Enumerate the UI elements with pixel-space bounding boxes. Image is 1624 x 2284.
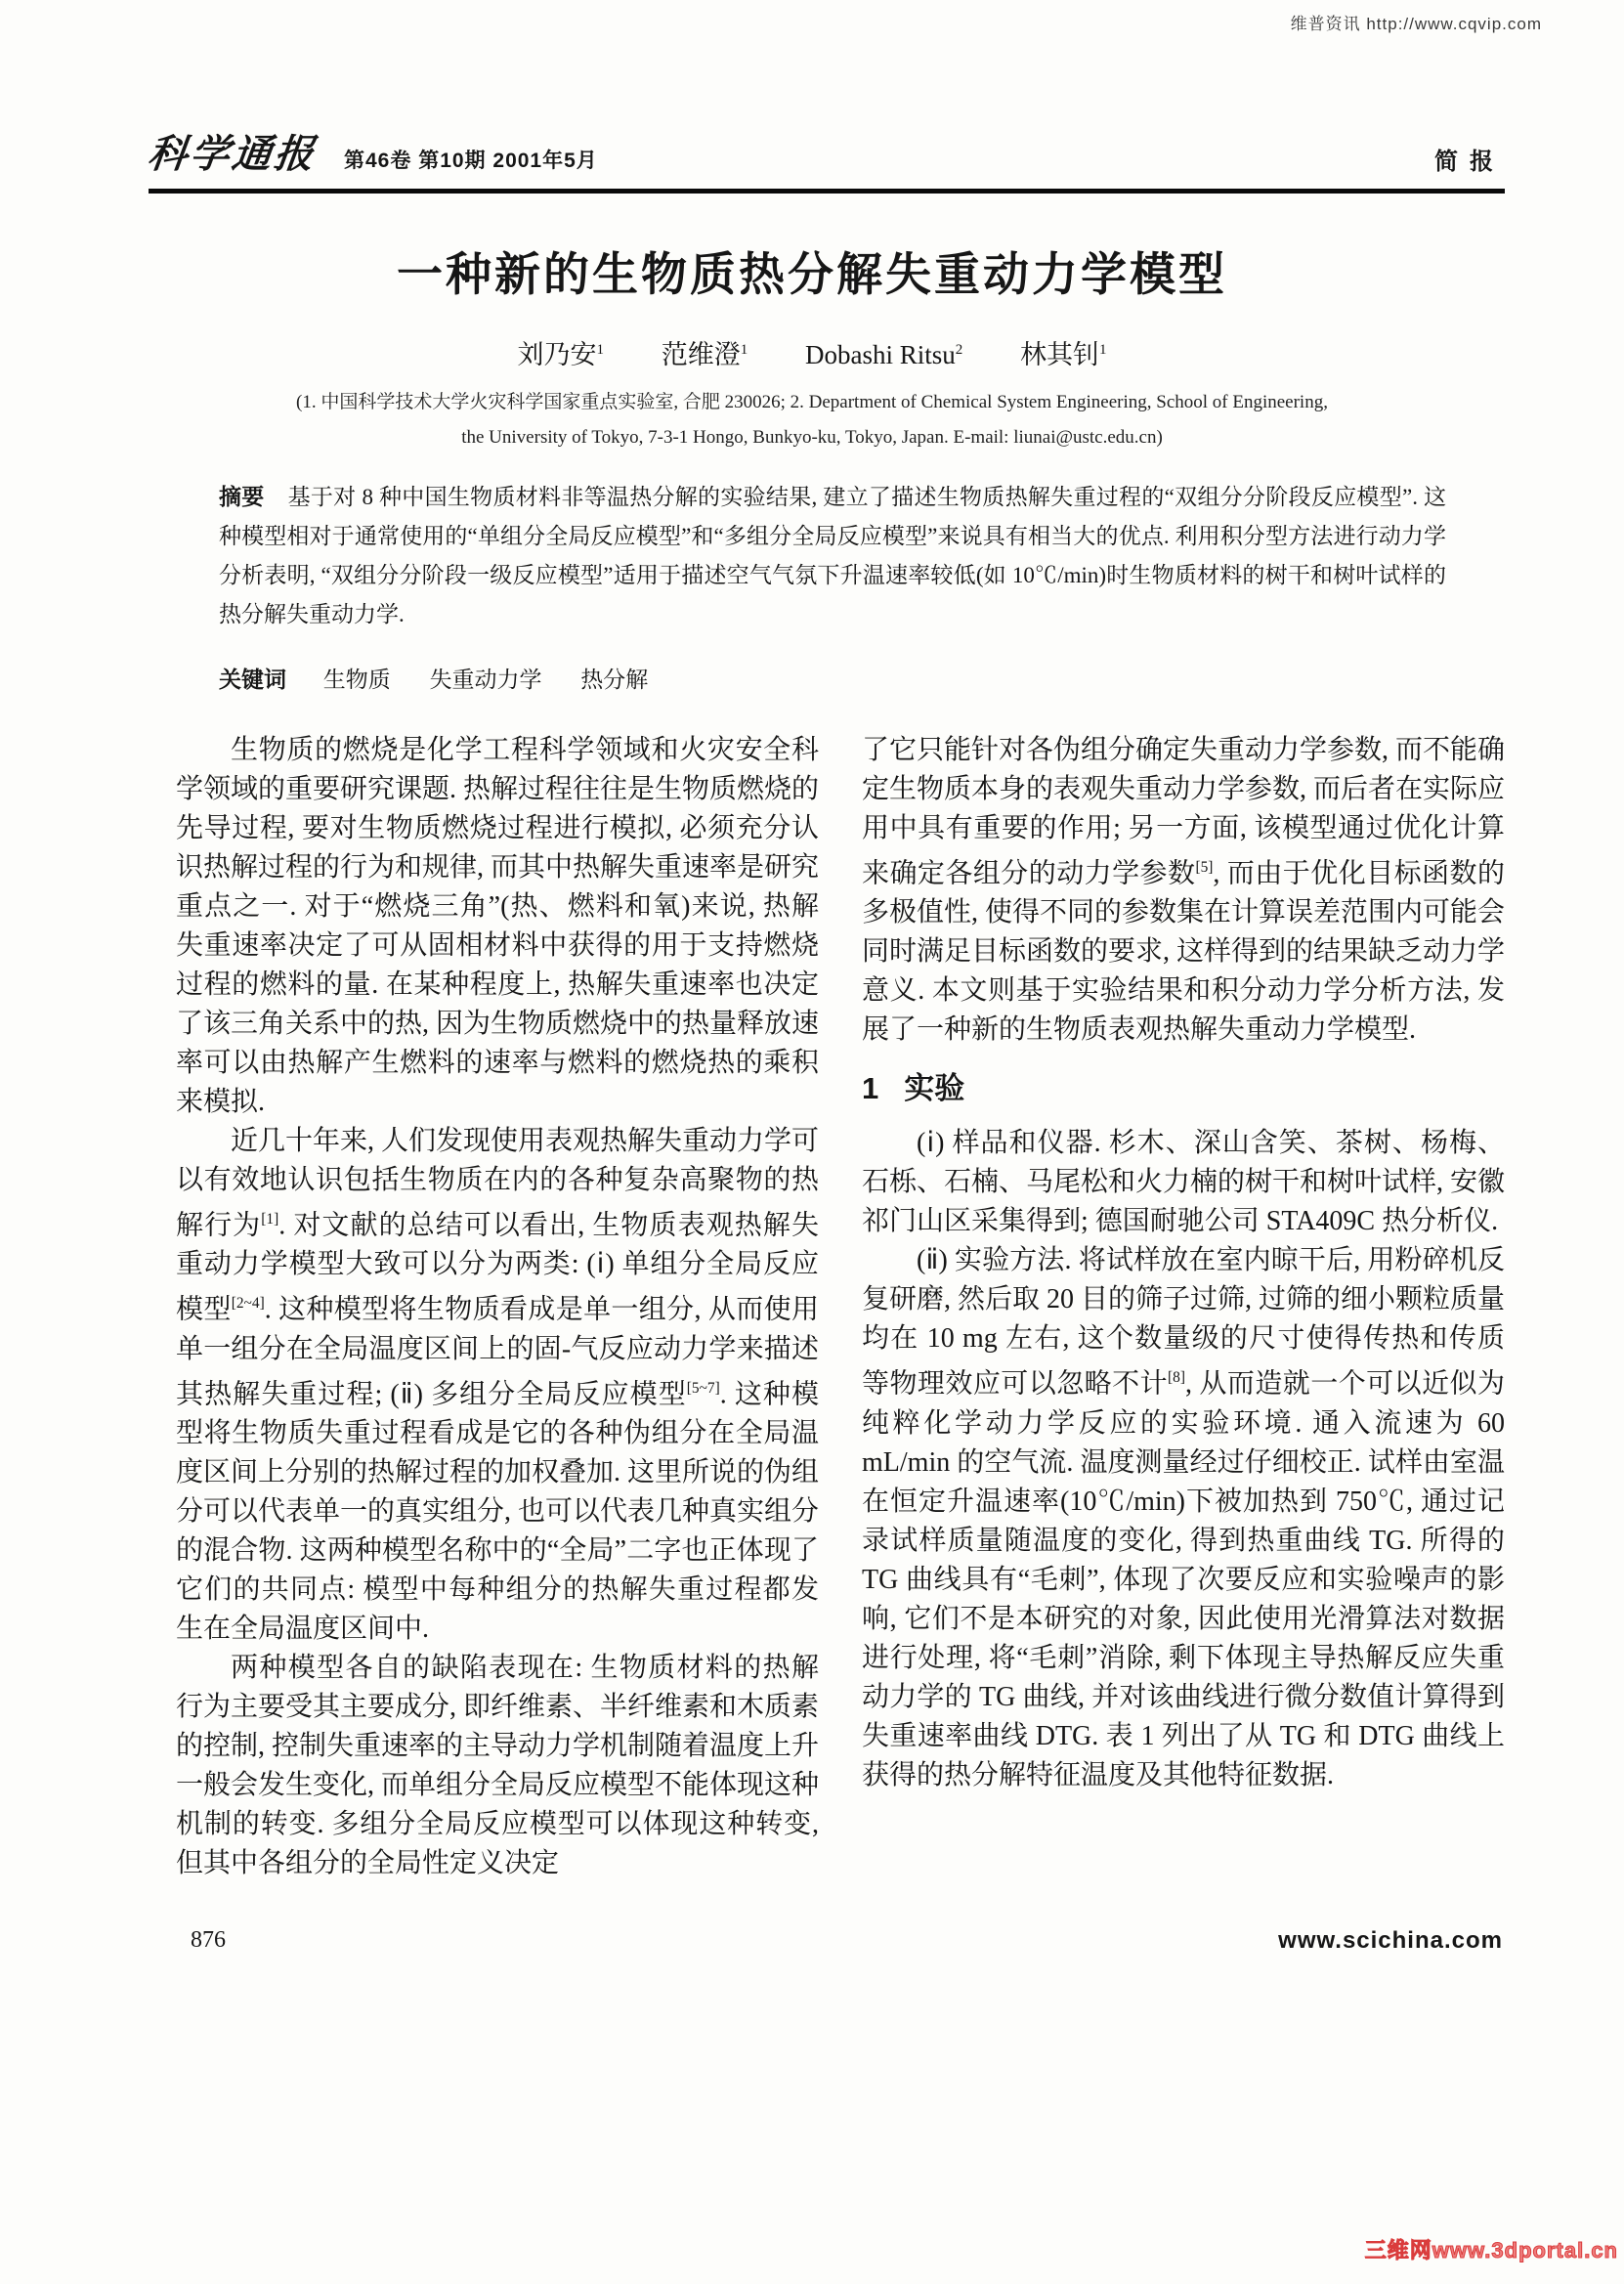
- section-1-heading: 1实验: [862, 1069, 1505, 1108]
- paragraph-intro-3-continued: 了它只能针对各伪组分确定失重动力学参数, 而不能确定生物质本身的表观失重动力学参…: [862, 731, 1505, 1050]
- author-4-affil-mark: 1: [1099, 342, 1107, 358]
- abstract-paragraph: 摘要基于对 8 种中国生物质材料非等温热分解的实验结果, 建立了描述生物质热解失…: [219, 477, 1446, 634]
- author-3: Dobashi Ritsu2: [805, 340, 962, 369]
- cqvip-watermark-text: 维普资讯 http://www.cqvip.com: [1291, 10, 1542, 34]
- journal-website: www.scichina.com: [1278, 1927, 1503, 1955]
- page-footer: 876 www.scichina.com: [191, 1927, 1503, 1955]
- journal-header: 科学通报 第46卷 第10期 2001年5月 简报: [149, 123, 1505, 194]
- author-1: 刘乃安1: [517, 340, 604, 369]
- affiliation-block: (1. 中国科学技术大学火灾科学国家重点实验室, 合肥 230026; 2. D…: [0, 385, 1624, 455]
- left-column: 生物质的燃烧是化学工程科学领域和火灾安全科学领域的重要研究课题. 热解过程往往是…: [176, 731, 819, 1883]
- keywords-line: 关键词 生物质 失重动力学 热分解: [219, 662, 1446, 694]
- abstract-label: 摘要: [219, 484, 265, 509]
- author-4-name: 林其钊: [1020, 340, 1099, 369]
- author-3-affil-mark: 2: [956, 342, 963, 358]
- 3dportal-watermark-text: 三维网www.3dportal.cn: [1365, 2234, 1618, 2264]
- author-2-name: 范维澄: [662, 340, 741, 369]
- two-column-body: 生物质的燃烧是化学工程科学领域和火灾安全科学领域的重要研究课题. 热解过程往往是…: [176, 731, 1505, 1883]
- affiliation-line-2: the University of Tokyo, 7-3-1 Hongo, Bu…: [0, 420, 1624, 455]
- author-2: 范维澄1: [662, 340, 748, 369]
- page-number: 876: [191, 1927, 226, 1955]
- affiliation-line-1: (1. 中国科学技术大学火灾科学国家重点实验室, 合肥 230026; 2. D…: [0, 385, 1624, 420]
- paragraph-intro-1: 生物质的燃烧是化学工程科学领域和火灾安全科学领域的重要研究课题. 热解过程往往是…: [176, 731, 819, 1122]
- keywords-label: 关键词: [219, 667, 286, 692]
- author-1-affil-mark: 1: [596, 342, 604, 358]
- paragraph-experimental-method: (ⅱ) 实验方法. 将试样放在室内晾干后, 用粉碎机反复研磨, 然后取 20 目…: [862, 1241, 1505, 1794]
- author-1-name: 刘乃安: [517, 340, 596, 369]
- section-1-title: 实验: [904, 1071, 964, 1105]
- author-3-name: Dobashi Ritsu: [805, 340, 956, 369]
- keyword-2: 失重动力学: [430, 668, 542, 692]
- paragraph-samples-instruments: (ⅰ) 样品和仪器. 杉木、深山含笑、茶树、杨梅、石栎、石楠、马尾松和火力楠的树…: [862, 1124, 1505, 1241]
- paragraph-intro-2: 近几十年来, 人们发现使用表观热解失重动力学可以有效地认识包括生物质在内的各种复…: [176, 1122, 819, 1649]
- issue-info: 第46卷 第10期 2001年5月: [344, 145, 598, 179]
- journal-logo: 科学通报: [146, 123, 321, 179]
- scanned-paper-page: 维普资讯 http://www.cqvip.com 科学通报 第46卷 第10期…: [0, 0, 1624, 2284]
- article-title: 一种新的生物质热分解失重动力学模型: [0, 238, 1624, 304]
- right-column: 了它只能针对各伪组分确定失重动力学参数, 而不能确定生物质本身的表观失重动力学参…: [862, 731, 1505, 1883]
- author-4: 林其钊1: [1020, 340, 1107, 369]
- keyword-1: 生物质: [323, 668, 391, 692]
- section-1-number: 1: [862, 1071, 878, 1105]
- abstract-text: 基于对 8 种中国生物质材料非等温热分解的实验结果, 建立了描述生物质热解失重过…: [219, 485, 1446, 626]
- section-label: 简报: [1434, 142, 1505, 179]
- paragraph-intro-3: 两种模型各自的缺陷表现在: 生物质材料的热解行为主要受其主要成分, 即纤维素、半…: [176, 1649, 819, 1883]
- author-line: 刘乃安1 范维澄1 Dobashi Ritsu2 林其钊1: [0, 333, 1624, 371]
- author-2-affil-mark: 1: [741, 342, 748, 358]
- keyword-3: 热分解: [580, 668, 648, 692]
